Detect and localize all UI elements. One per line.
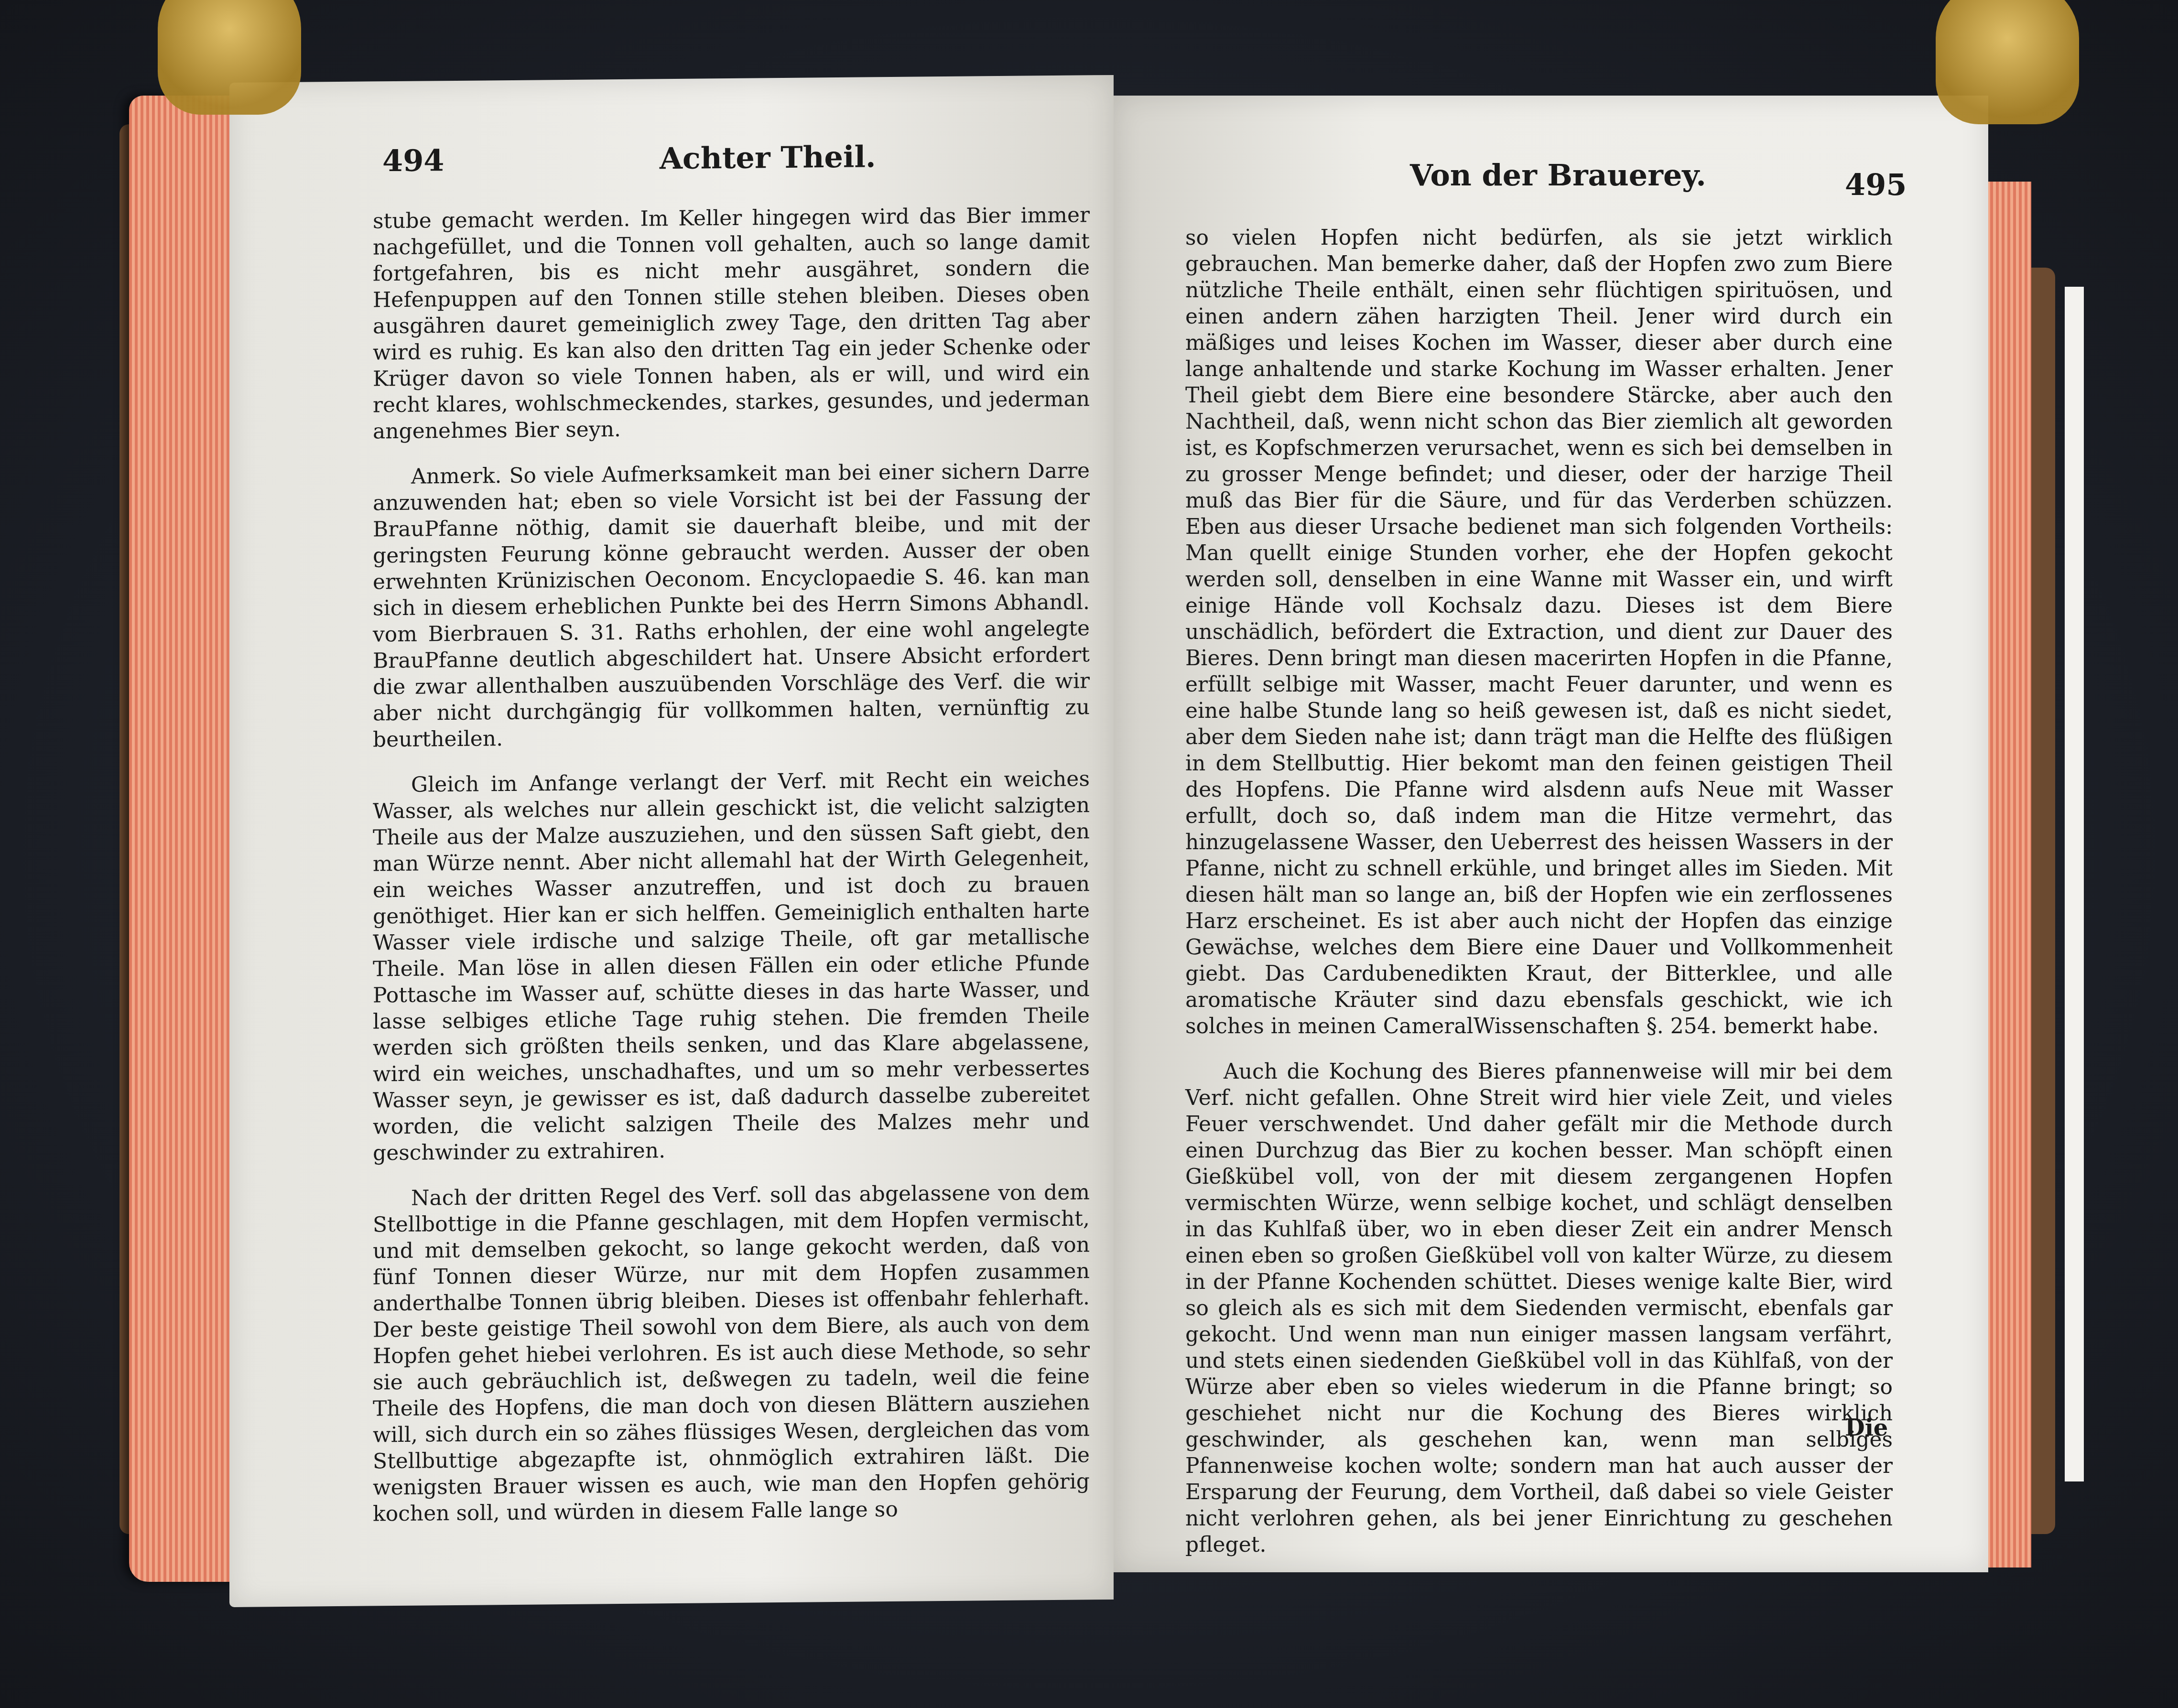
paragraph: Gleich im Anfange verlangt der Verf. mit… bbox=[373, 766, 1090, 1166]
page-number-right: 495 bbox=[1845, 167, 1907, 202]
page-number-left: 494 bbox=[382, 143, 444, 178]
paragraph: Auch die Kochung des Bieres pfannenweise… bbox=[1185, 1059, 1893, 1558]
catchword: Die bbox=[1845, 1415, 1888, 1441]
paragraph: so vielen Hopfen nicht bedürfen, als sie… bbox=[1185, 225, 1893, 1039]
paper-slip bbox=[2065, 287, 2084, 1481]
running-head-left: Achter Theil. bbox=[660, 139, 876, 176]
right-page: Von der Brauerey. 495 so vielen Hopfen n… bbox=[1114, 96, 1988, 1572]
running-head-right: Von der Brauerey. bbox=[1410, 158, 1706, 193]
left-page-text: stube gemacht werden. Im Keller hingegen… bbox=[373, 202, 1090, 1546]
paragraph: Nach der dritten Regel des Verf. soll da… bbox=[373, 1179, 1090, 1527]
brass-hand-page-holder-right bbox=[1936, 0, 2079, 124]
paragraph: stube gemacht werden. Im Keller hingegen… bbox=[373, 202, 1090, 444]
paragraph: Anmerk. So viele Aufmerksamkeit man bei … bbox=[373, 457, 1090, 753]
brass-hand-page-holder-left bbox=[158, 0, 301, 115]
right-page-text: so vielen Hopfen nicht bedürfen, als sie… bbox=[1185, 225, 1893, 1577]
left-page: 494 Achter Theil. stube gemacht werden. … bbox=[229, 75, 1114, 1607]
